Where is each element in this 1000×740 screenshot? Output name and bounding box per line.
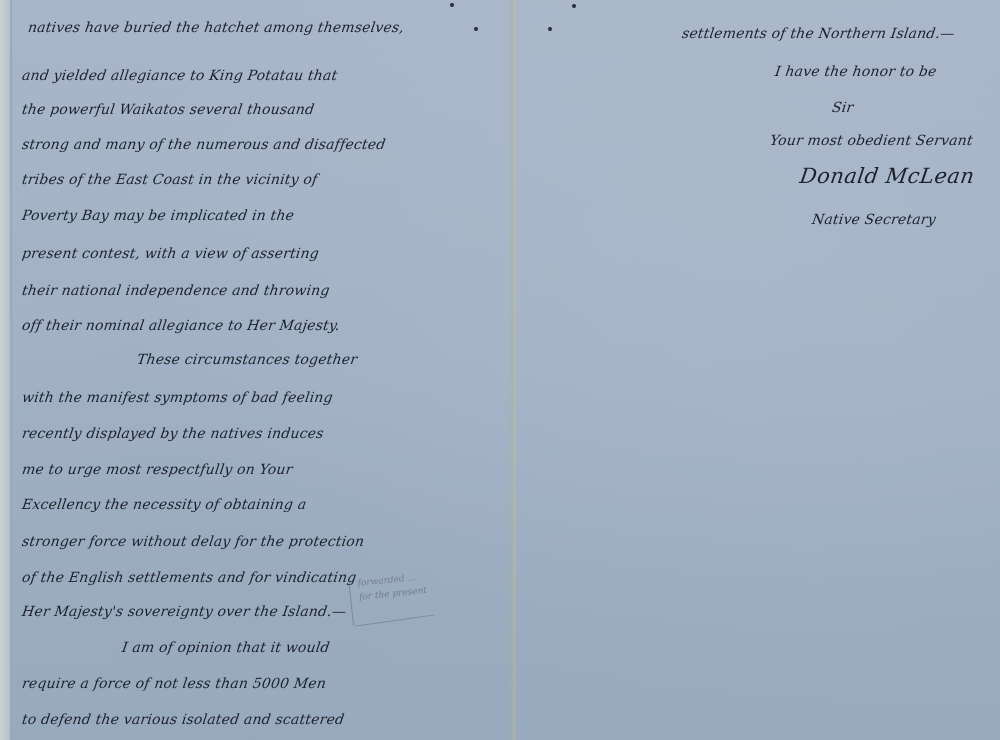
- text-line: me to urge most respectfully on Your: [21, 462, 294, 478]
- text-line: of the English settlements and for vindi…: [21, 570, 358, 586]
- text-line: and yielded allegiance to King Potatau t…: [21, 68, 339, 84]
- pinhole: [450, 3, 454, 7]
- center-fold: [509, 0, 517, 740]
- text-line: settlements of the Northern Island.—: [681, 26, 956, 42]
- text-line: their national independence and throwing: [21, 283, 331, 299]
- text-line: Your most obedient Servant: [769, 133, 974, 149]
- letter-scan: natives have buried the hatchet among th…: [0, 0, 1000, 740]
- text-line: strong and many of the numerous and disa…: [21, 137, 387, 153]
- text-line: I am of opinion that it would: [121, 640, 331, 656]
- text-line: tribes of the East Coast in the vicinity…: [21, 172, 319, 188]
- text-line: I have the honor to be: [774, 64, 938, 80]
- signature: Donald McLean: [798, 164, 976, 188]
- text-line: off their nominal allegiance to Her Maje…: [21, 318, 341, 334]
- text-line: recently displayed by the natives induce…: [21, 426, 325, 442]
- pinhole: [474, 27, 478, 31]
- text-line: to defend the various isolated and scatt…: [21, 712, 345, 728]
- text-line: with the manifest symptoms of bad feelin…: [21, 390, 334, 406]
- text-line: require a force of not less than 5000 Me…: [21, 676, 327, 692]
- text-line: Poverty Bay may be implicated in the: [21, 208, 295, 224]
- text-line: These circumstances together: [136, 352, 358, 368]
- text-line: Excellency the necessity of obtaining a: [21, 497, 308, 513]
- text-line: natives have buried the hatchet among th…: [27, 20, 405, 36]
- signatory-title: Native Secretary: [811, 212, 937, 228]
- pinhole: [572, 4, 576, 8]
- text-line: Sir: [831, 100, 855, 116]
- text-line: present contest, with a view of assertin…: [21, 246, 320, 262]
- text-line: Her Majesty's sovereignty over the Islan…: [21, 604, 347, 620]
- text-line: the powerful Waikatos several thousand: [21, 102, 315, 118]
- paper-edge: [0, 0, 12, 740]
- text-line: stronger force without delay for the pro…: [21, 534, 365, 550]
- pinhole: [548, 27, 552, 31]
